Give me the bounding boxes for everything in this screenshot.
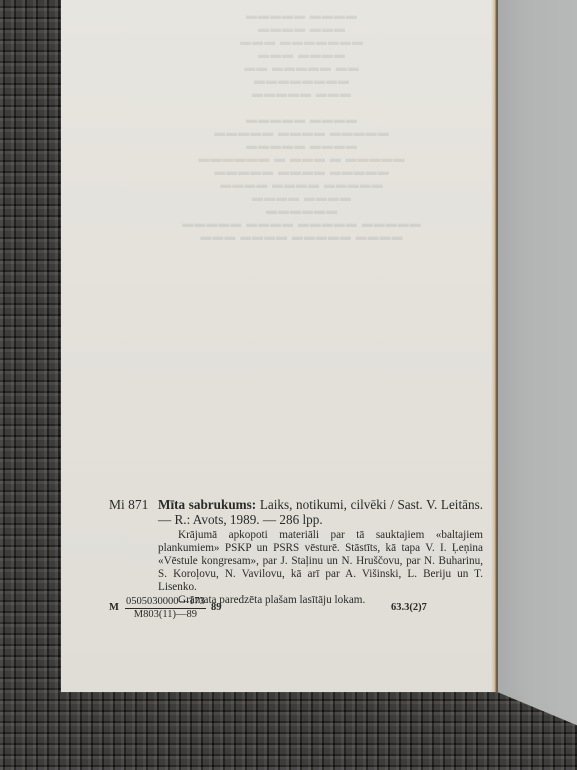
code-prefix: M <box>109 602 119 613</box>
adjacent-page <box>497 0 577 740</box>
page-edge-foxing <box>491 0 497 692</box>
book-page: ▬▬▬▬ ▬▬▬▬▬▬▬▬ ▬▬▬▬▬▬▬▬▬▬▬ ▬▬▬▬▬▬▬ ▬▬▬ ▬▬… <box>61 0 497 692</box>
code-fraction: 0505030000—173 M803(11)—89 <box>125 596 206 621</box>
book-title: Mīta sabrukums: <box>158 497 256 512</box>
annotation-audience: Grāmata paredzēta plašam lasītāju lokam. <box>158 594 483 607</box>
bbk-code: 63.3(2)7 <box>391 602 427 613</box>
catalog-id: Mi 871 <box>109 497 148 512</box>
code-numerator: 0505030000—173 <box>125 596 206 609</box>
code-suffix: 89 <box>211 602 222 613</box>
code-denominator: M803(11)—89 <box>125 609 206 621</box>
annotation: Krājumā apkopoti materiāli par tā saukta… <box>158 529 483 607</box>
bibliographic-description: Mīta sabrukums: Laiks, notikumi, cilvēki… <box>158 497 483 527</box>
bleed-through-text: ▬▬▬▬ ▬▬▬▬▬▬▬▬ ▬▬▬▬▬▬▬▬▬▬▬ ▬▬▬▬▬▬▬ ▬▬▬ ▬▬… <box>151 10 451 290</box>
annotation-summary: Krājumā apkopoti materiāli par tā saukta… <box>158 529 483 594</box>
